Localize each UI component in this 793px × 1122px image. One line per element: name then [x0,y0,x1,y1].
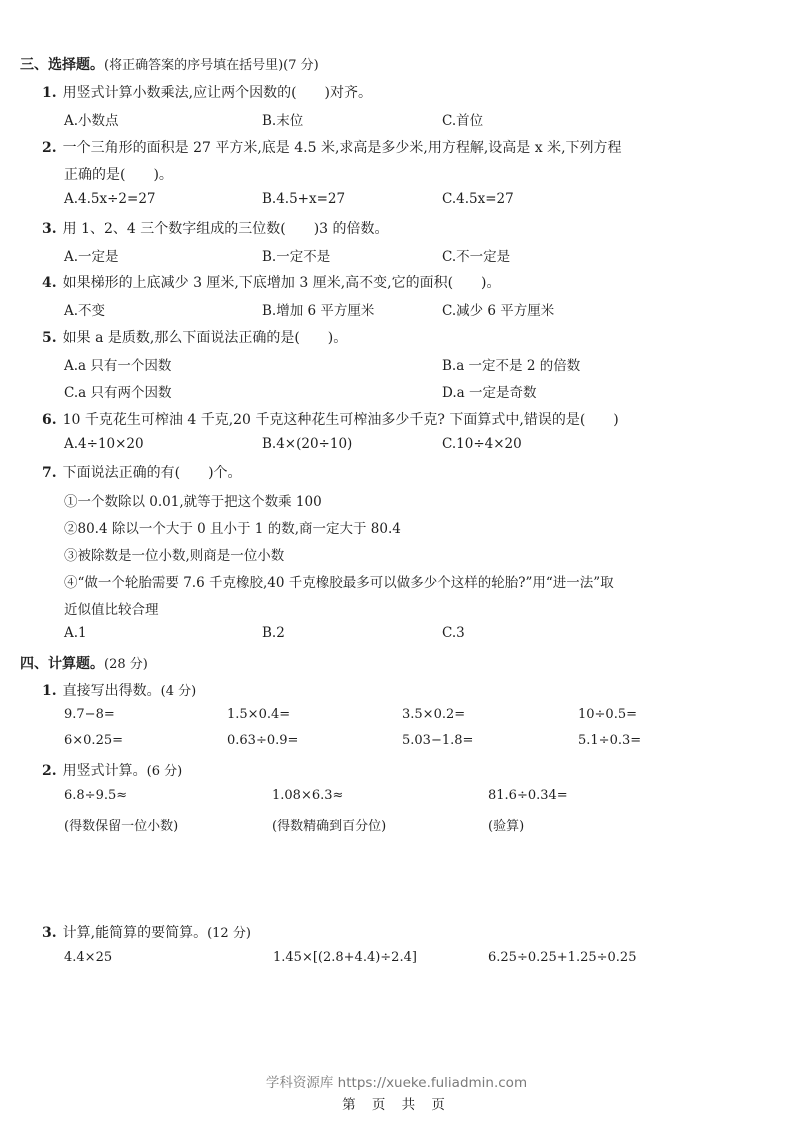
question-text: 10 千克花生可榨油 4 千克,20 千克这种花生可榨油多少千克? 下面算式中,… [63,412,619,428]
expression: 5.03−1.8= [402,733,473,748]
statement-4-continuation: 近似值比较合理 [64,598,159,618]
question-6: 6.10 千克花生可榨油 4 千克,20 千克这种花生可榨油多少千克? 下面算式… [42,409,619,429]
question-number: 7. [42,465,57,481]
expression: 1.5×0.4= [227,707,290,722]
footer-page-number: 第 页 共 页 [0,1093,793,1113]
question-number: 5. [42,330,57,346]
option-d: D.a 一定是奇数 [442,381,536,401]
expression: 10÷0.5= [578,707,637,722]
question-number: 6. [42,412,57,428]
option-b: B.末位 [262,109,303,129]
option-a: A.4.5x÷2=27 [64,191,156,207]
instruction-note: (得数保留一位小数) [64,815,178,834]
expression: 1.08×6.3≈ [272,788,343,803]
option-c: C.首位 [442,109,483,129]
question-3: 3.用 1、2、4 三个数字组成的三位数( )3 的倍数。 [42,218,389,238]
option-a: A.一定是 [64,245,119,265]
statement-4: ④“做一个轮胎需要 7.6 千克橡胶,40 千克橡胶最多可以做多少个这样的轮胎?… [64,571,614,591]
part-2-heading: 2.用竖式计算。(6 分) [42,760,182,780]
question-2-continuation: 正确的是( )。 [64,164,173,184]
question-text: 下面说法正确的有( )个。 [63,465,242,481]
option-c: C.减少 6 平方厘米 [442,299,554,319]
part-number: 3. [42,925,57,941]
statement-2: ②80.4 除以一个大于 0 且小于 1 的数,商一定大于 80.4 [64,517,401,537]
question-1: 1.用竖式计算小数乘法,应让两个因数的( )对齐。 [42,82,372,102]
part-score: (4 分) [161,684,197,699]
question-number: 1. [42,85,57,101]
expression: 6.25÷0.25+1.25÷0.25 [488,950,636,965]
question-2: 2.一个三角形的面积是 27 平方米,底是 4.5 米,求高是多少米,用方程解,… [42,137,622,157]
question-4: 4.如果梯形的上底减少 3 厘米,下底增加 3 厘米,高不变,它的面积( )。 [42,272,501,292]
option-a: A.4÷10×20 [64,436,144,452]
part-1-heading: 1.直接写出得数。(4 分) [42,680,196,700]
instruction-note: (得数精确到百分位) [272,815,386,834]
option-b: B.增加 6 平方厘米 [262,299,374,319]
question-5: 5.如果 a 是质数,那么下面说法正确的是( )。 [42,327,347,347]
question-text: 如果 a 是质数,那么下面说法正确的是( )。 [63,330,348,346]
question-7: 7.下面说法正确的有( )个。 [42,462,242,482]
question-text: 用竖式计算小数乘法,应让两个因数的( )对齐。 [63,85,372,101]
statement-1: ①一个数除以 0.01,就等于把这个数乘 100 [64,490,322,510]
option-a: A.小数点 [64,109,119,129]
section-4-note: (28 分) [104,657,148,672]
option-b: B.4×(20÷10) [262,436,352,452]
expression: 6×0.25= [64,733,123,748]
part-number: 2. [42,763,57,779]
statement-3: ③被除数是一位小数,则商是一位小数 [64,544,284,564]
option-c: C.3 [442,625,465,641]
question-number: 3. [42,221,57,237]
question-number: 4. [42,275,57,291]
option-c: C.10÷4×20 [442,436,522,452]
expression: 5.1÷0.3= [578,733,641,748]
section-3-heading: 三、选择题。(将正确答案的序号填在括号里)(7 分) [20,54,319,74]
part-title: 直接写出得数。 [63,683,161,699]
option-b: B.一定不是 [262,245,330,265]
question-number: 2. [42,140,57,156]
expression: 1.45×[(2.8+4.4)÷2.4] [273,950,417,965]
option-c: C.不一定是 [442,245,510,265]
option-b: B.a 一定不是 2 的倍数 [442,354,580,374]
section-4-title: 四、计算题。 [20,656,104,672]
expression: 9.7−8= [64,707,115,722]
option-a: A.不变 [64,299,105,319]
part-title: 用竖式计算。 [63,763,147,779]
expression: 81.6÷0.34= [488,788,568,803]
part-3-heading: 3.计算,能简算的要简算。(12 分) [42,922,251,942]
part-score: (12 分) [207,926,251,941]
part-score: (6 分) [147,764,183,779]
part-title: 计算,能简算的要简算。 [63,925,207,941]
option-c: C.a 只有两个因数 [64,381,171,401]
section-4-heading: 四、计算题。(28 分) [20,653,148,673]
expression: 6.8÷9.5≈ [64,788,127,803]
section-3-note: (将正确答案的序号填在括号里)(7 分) [104,58,319,73]
part-number: 1. [42,683,57,699]
question-text: 用 1、2、4 三个数字组成的三位数( )3 的倍数。 [63,221,389,237]
question-text: 一个三角形的面积是 27 平方米,底是 4.5 米,求高是多少米,用方程解,设高… [63,140,622,156]
footer-source-link[interactable]: 学科资源库 https://xueke.fuliadmin.com [0,1071,793,1091]
option-a: A.1 [64,625,87,641]
option-b: B.2 [262,625,285,641]
option-b: B.4.5+x=27 [262,191,345,207]
option-c: C.4.5x=27 [442,191,514,207]
expression: 0.63÷0.9= [227,733,298,748]
instruction-note: (验算) [488,815,524,834]
section-3-title: 三、选择题。 [20,57,104,73]
question-text: 如果梯形的上底减少 3 厘米,下底增加 3 厘米,高不变,它的面积( )。 [63,275,501,291]
option-a: A.a 只有一个因数 [64,354,171,374]
expression: 3.5×0.2= [402,707,465,722]
expression: 4.4×25 [64,950,112,965]
